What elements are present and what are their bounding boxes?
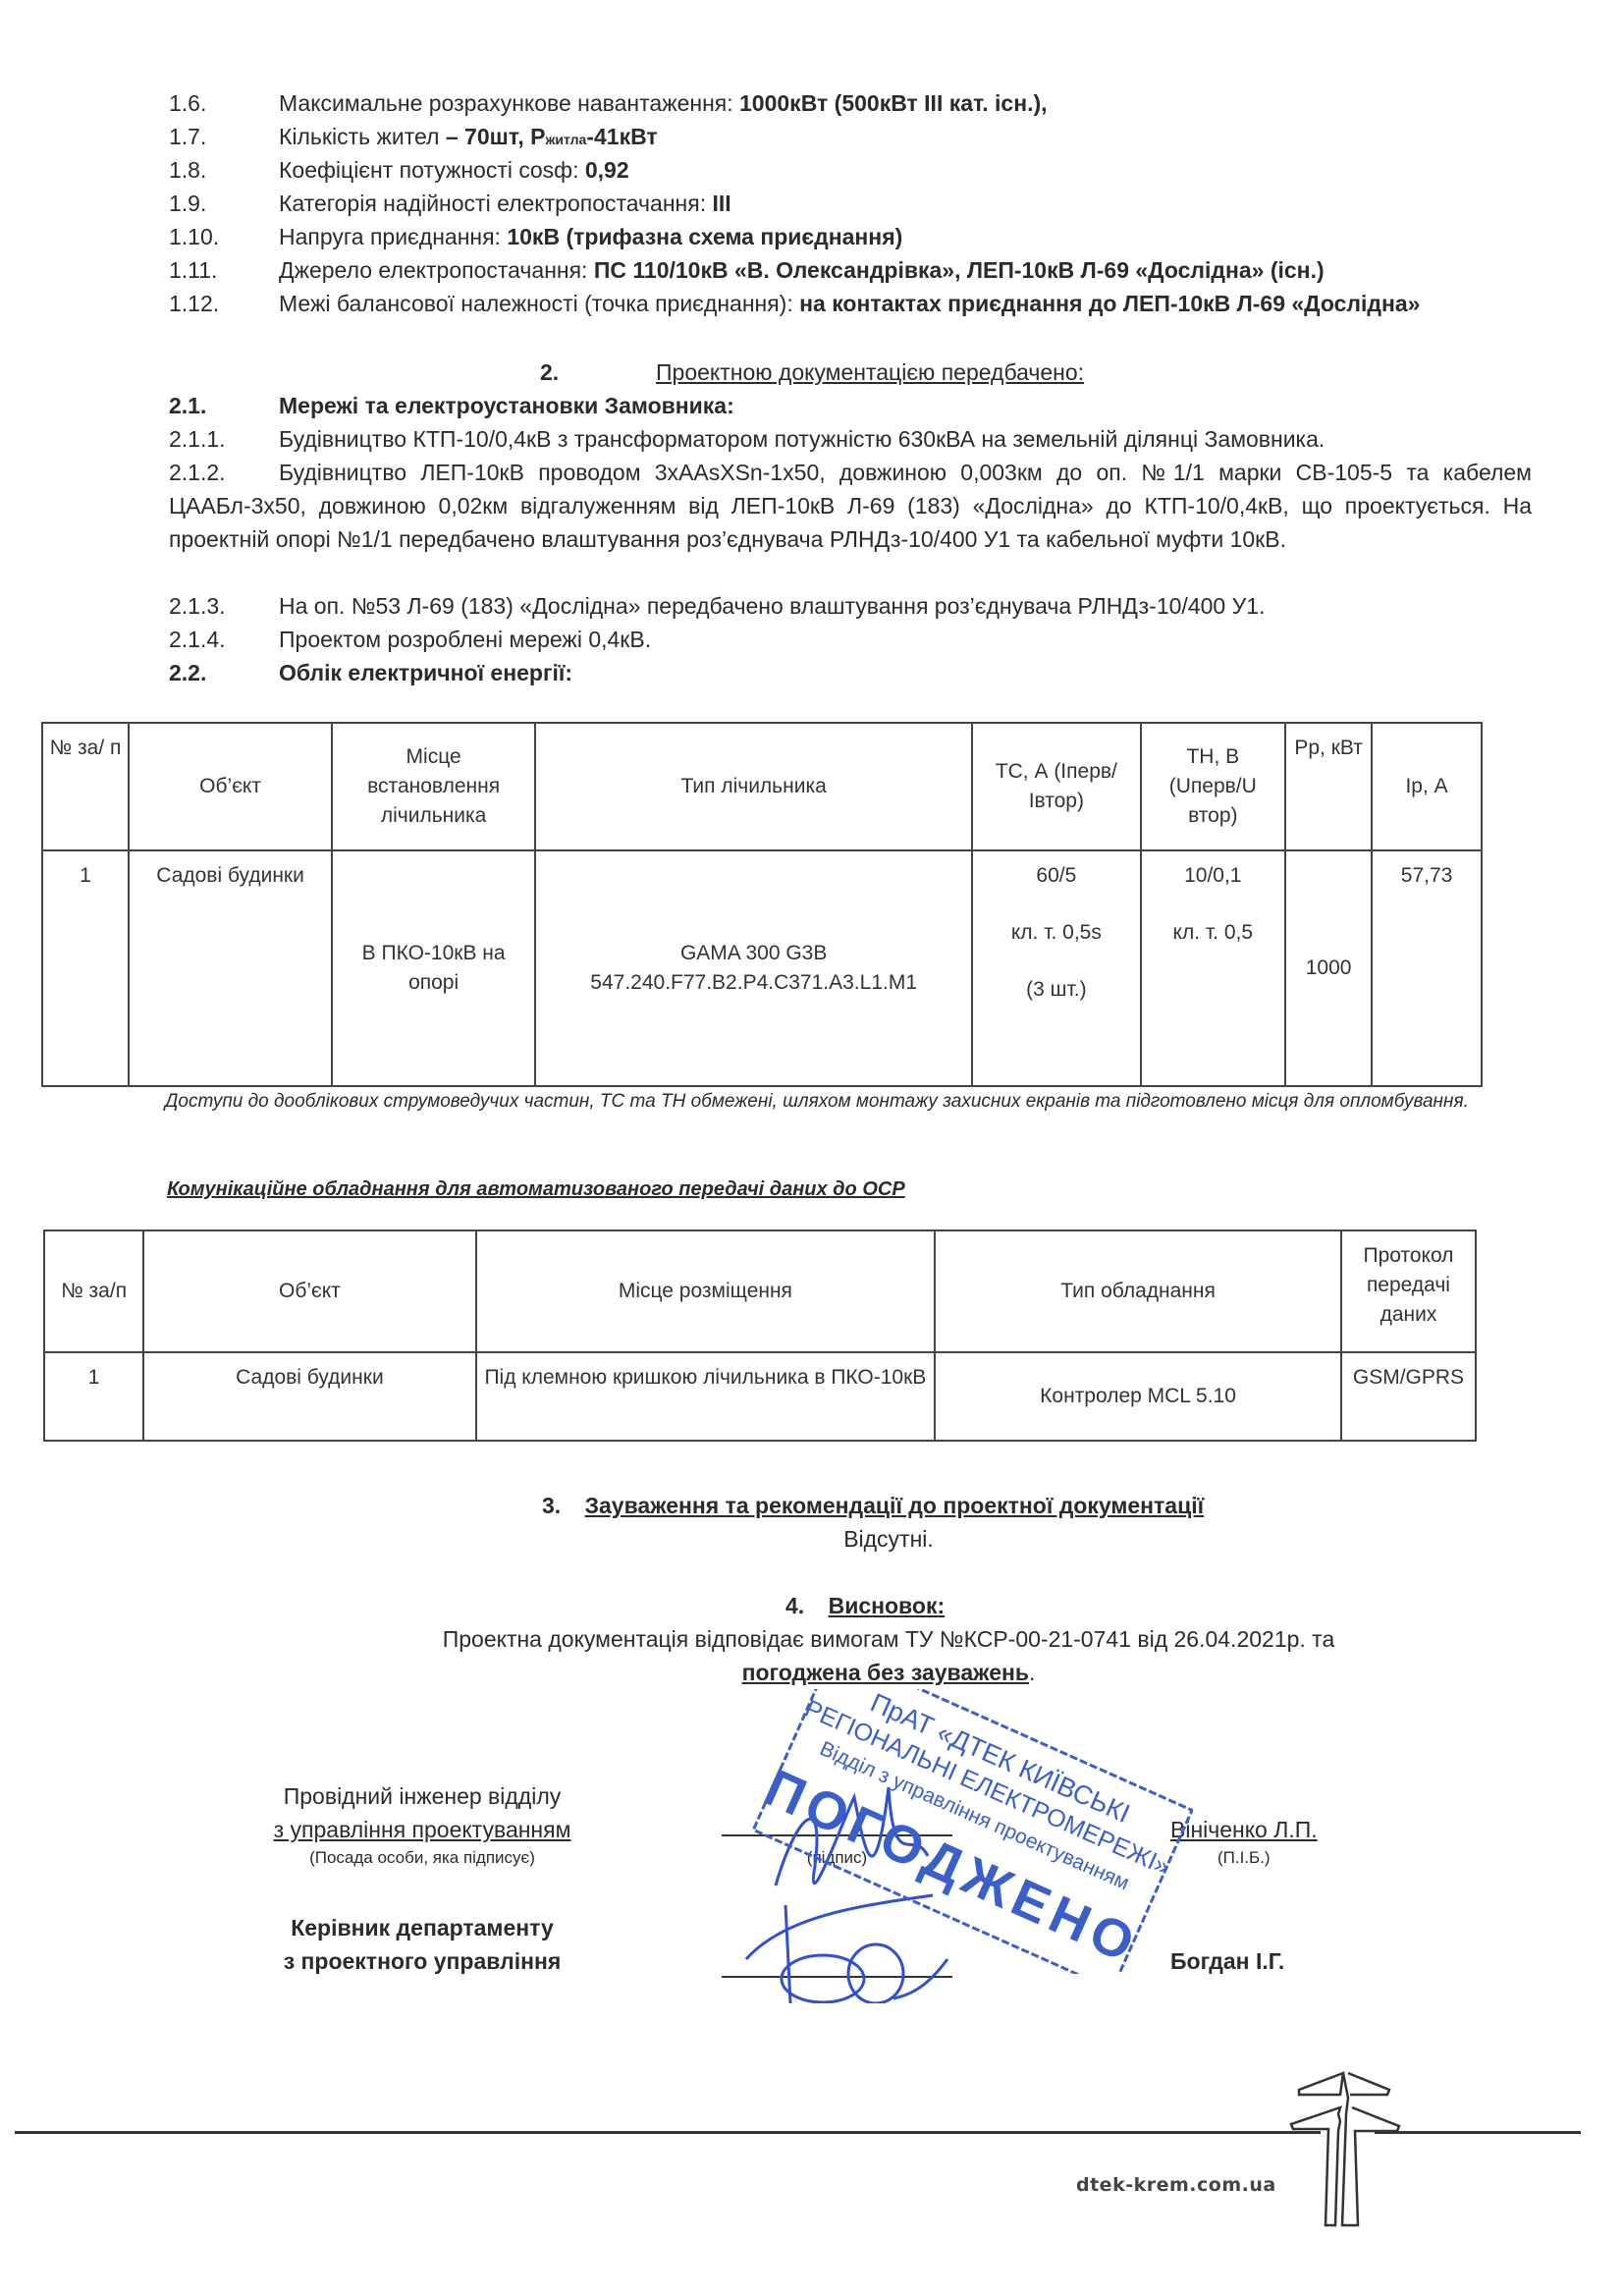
section-4-heading: 4. Висновок: (785, 1589, 945, 1622)
head-position-1: Керівник департаменту (226, 1911, 619, 1944)
section-2-2-heading: 2.2. Облік електричної енергії: (0, 656, 1623, 689)
item-2-1-4: 2.1.4. Проектом розроблені мережі 0,4кВ. (0, 623, 1623, 656)
item-2-1-1: 2.1.1. Будівництво КТП-10/0,4кВ з трансф… (0, 422, 1623, 456)
table-row: 1 Садові будинки Під клемною кришкою ліч… (44, 1352, 1476, 1441)
name-caption: (П.І.Б.) (1217, 1848, 1271, 1868)
item-2-1-3: 2.1.3. На оп. №53 Л-69 (183) «Дослідна» … (0, 589, 1623, 623)
ct-cell: 60/5 кл. т. 0,5s (3 шт.) (972, 850, 1140, 1086)
engineer-position-2: з управління проектуванням (236, 1813, 609, 1846)
section-4-body: Проектна документація відповідає вимогам… (0, 1622, 1623, 1656)
comm-table-header: № за/п Об’єкт Місце розміщення Тип облад… (44, 1230, 1476, 1352)
item-1-12: 1.12. Межі балансової належності (точка … (0, 287, 1623, 320)
comm-equipment-title: Комунікаційне обладнання для автоматизов… (167, 1178, 905, 1201)
item-1-11: 1.11. Джерело електропостачання: ПС 110/… (0, 253, 1623, 287)
item-2-1-2: 2.1.2.Будівництво ЛЕП-10кВ проводом 3хAA… (169, 456, 1532, 556)
item-1-8: 1.8. Коефіцієнт потужності cosф: 0,92 (0, 153, 1623, 187)
vt-cell: 10/0,1 кл. т. 0,5 (1141, 850, 1286, 1086)
section-4-conclusion: погоджена без зауважень. (0, 1656, 1623, 1689)
item-1-7: 1.7. Кількість жител – 70шт, Ржитла-41кВ… (0, 120, 1623, 153)
item-1-9: 1.9. Категорія надійності електропостача… (0, 187, 1623, 220)
metering-table: № за/ п Об’єкт Місце встановлення лічиль… (41, 722, 1483, 1087)
section-3-heading: 3. Зауваження та рекомендації до проектн… (542, 1489, 1204, 1522)
section-2-1-heading: 2.1. Мережі та електроустановки Замовник… (0, 389, 1623, 422)
comm-table: № за/п Об’єкт Місце розміщення Тип облад… (43, 1230, 1477, 1442)
item-1-10: 1.10. Напруга приєднання: 10кВ (трифазна… (0, 220, 1623, 253)
document-page: 1.6. Максимальне розрахункове навантажен… (0, 0, 1623, 2296)
engineer-position-1: Провідний інженер відділу (236, 1779, 609, 1813)
approval-stamp-icon: ПрАТ «ДТЕК КИЇВСЬКІ РЕГІОНАЛЬНІ ЕЛЕКТРОМ… (731, 1689, 1193, 1974)
power-pylon-logo-icon (1281, 2070, 1409, 2227)
footer-rule-left (15, 2131, 1321, 2134)
footer-website: dtek-krem.com.ua (1076, 2174, 1276, 2196)
meter-type-cell: GAMA 300 G3B 547.240.F77.B2.P4.C371.A3.L… (535, 850, 972, 1086)
metering-note: Доступи до дооблікових струмоведучих час… (165, 1084, 1532, 1120)
table-row: 1 Садові будинки В ПКО-10кВ на опорі GAM… (42, 850, 1482, 1086)
item-1-6: 1.6. Максимальне розрахункове навантажен… (0, 86, 1623, 120)
head-position-2: з проектного управління (226, 1944, 619, 1978)
position-caption: (Посада особи, яка підписує) (236, 1848, 609, 1868)
metering-table-header: № за/ п Об’єкт Місце встановлення лічиль… (42, 723, 1482, 850)
section-3-body: Відсутні. (0, 1522, 1623, 1556)
